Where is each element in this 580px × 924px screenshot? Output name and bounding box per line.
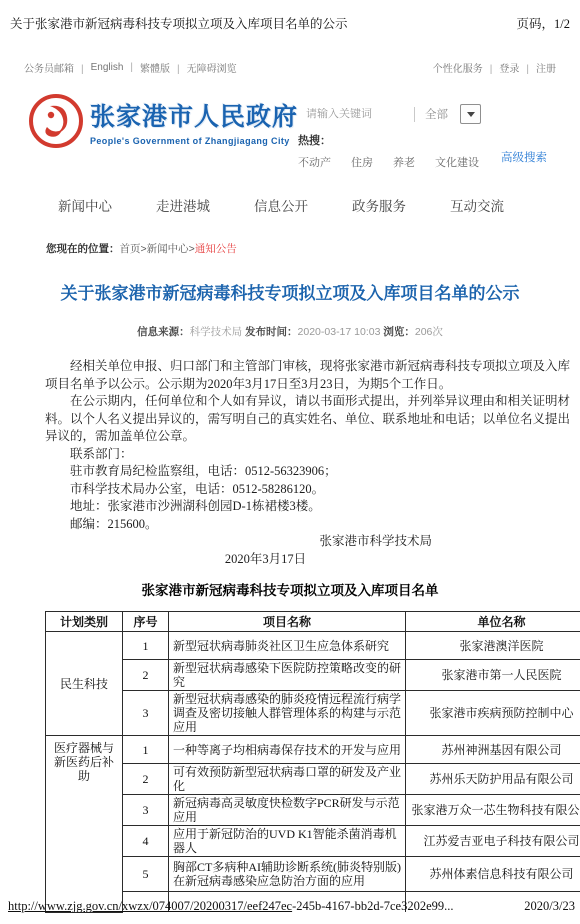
print-header: 关于张家港市新冠病毒科技专项拟立项及入库项目名单的公示 页码，1/2: [0, 0, 580, 32]
hot-link-realestate[interactable]: 不动产: [298, 154, 331, 170]
cell-category: 民生科技: [46, 632, 123, 736]
main-nav: 新闻中心 走进港城 信息公开 政务服务 互动交流: [0, 195, 580, 215]
cell-unit: 张家港市第一人民医院: [406, 660, 580, 691]
cell-unit: 苏州神洲基因有限公司: [406, 736, 580, 764]
top-toolbar: 公务员邮箱 English 繁體版 无障碍浏览 个性化服务 登录 注册: [0, 60, 580, 75]
meta-source-value: 科学技术局: [190, 326, 243, 338]
print-footer: http://www.zjg.gov.cn/xwzx/074007/202003…: [8, 899, 575, 914]
toolbar-right-links: 个性化服务 登录 注册: [433, 60, 556, 75]
table-row: 4 应用于新冠防治的UVD K1智能杀菌消毒机器人 江苏爱吉亚电子科技有限公司: [46, 826, 580, 857]
seal-icon: [28, 93, 84, 149]
advanced-search-link[interactable]: 高级搜索: [501, 149, 547, 165]
article-body: 经相关单位申报、归口部门和主管部门审核，现将张家港市新冠病毒科技专项拟立项及入库…: [45, 358, 570, 568]
cell-no: 2: [123, 764, 169, 795]
meta-time-value: 2020-03-17 10:03: [298, 326, 381, 338]
print-page-number: 页码，1/2: [517, 14, 570, 32]
header-no: 序号: [123, 612, 169, 632]
table-header-row: 计划类别 序号 项目名称 单位名称: [46, 612, 580, 632]
print-footer-url: http://www.zjg.gov.cn/xwzx/074007/202003…: [8, 899, 454, 914]
print-footer-url-tail: -245b-4167-bb2d-7ce3202e99...: [292, 899, 453, 913]
signature-date: 2020年3月17日: [45, 551, 570, 569]
cell-project: 可有效预防新型冠状病毒口罩的研发及产业化: [169, 764, 406, 795]
contact-line: 联系部门：: [45, 446, 570, 464]
chevron-down-icon: [467, 112, 475, 117]
link-register[interactable]: 注册: [536, 60, 556, 75]
link-accessibility[interactable]: 无障碍浏览: [187, 60, 237, 75]
cell-no: 3: [123, 691, 169, 736]
breadcrumb-news-center[interactable]: 新闻中心: [147, 243, 189, 255]
breadcrumb-prefix: 您现在的位置：: [46, 243, 120, 255]
nav-item-news[interactable]: 新闻中心: [58, 195, 112, 215]
article-meta: 信息来源：科学技术局 发布时间：2020-03-17 10:03 浏览：206次: [0, 324, 580, 339]
cell-no: 4: [123, 826, 169, 857]
search-divider: [414, 107, 415, 122]
link-mailbox[interactable]: 公务员邮箱: [24, 60, 91, 75]
site-name-english: People's Government of Zhangjiagang City: [90, 136, 298, 146]
category-dropdown-button[interactable]: [460, 104, 481, 124]
meta-views-label: 浏览：: [383, 326, 415, 338]
meta-time-label: 发布时间：: [245, 326, 298, 338]
link-english[interactable]: English: [91, 62, 140, 73]
site-title-block[interactable]: 张家港市人民政府 People's Government of Zhangjia…: [90, 97, 298, 146]
print-header-title: 关于张家港市新冠病毒科技专项拟立项及入库项目名单的公示: [10, 14, 348, 32]
header-unit: 单位名称: [406, 612, 580, 632]
search-category-select[interactable]: 全部: [425, 106, 448, 122]
cell-no: 1: [123, 736, 169, 764]
link-traditional[interactable]: 繁體版: [140, 60, 187, 75]
nav-item-about-city[interactable]: 走进港城: [156, 195, 210, 215]
table-row: 3 新冠病毒高灵敏度快检数字PCR研发与示范应用 张家港万众一芯生物科技有限公司: [46, 795, 580, 826]
search-block: 全部 热搜： 不动产 住房 养老 文化建设 高级搜索: [298, 103, 575, 170]
meta-views-value: 206次: [415, 326, 443, 338]
search-row: 全部: [298, 103, 575, 125]
breadcrumb: 您现在的位置：首页>新闻中心>通知公告: [0, 241, 580, 256]
table-row: 3 新型冠状病毒感染的肺炎疫情远程流行病学调查及密切接触人群管理体系的构建与示范…: [46, 691, 580, 736]
cell-unit: 张家港澳洋医院: [406, 632, 580, 660]
cell-no: 5: [123, 857, 169, 892]
cell-project: 新冠病毒高灵敏度快检数字PCR研发与示范应用: [169, 795, 406, 826]
toolbar-left-links: 公务员邮箱 English 繁體版 无障碍浏览: [24, 60, 237, 75]
cell-unit: 江苏爱吉亚电子科技有限公司: [406, 826, 580, 857]
cell-project: 应用于新冠防治的UVD K1智能杀菌消毒机器人: [169, 826, 406, 857]
nav-item-info-disclosure[interactable]: 信息公开: [254, 195, 308, 215]
article-title: 关于张家港市新冠病毒科技专项拟立项及入库项目名单的公示: [0, 282, 580, 306]
table-row: 5 胸部CT多病种AI辅助诊断系统(肺炎特别版)在新冠病毒感染应急防治方面的应用…: [46, 857, 580, 892]
link-personalized[interactable]: 个性化服务: [433, 60, 500, 75]
cell-category: 医疗器械与新医药后补助: [46, 736, 123, 913]
cell-project: 新型冠状病毒感染的肺炎疫情远程流行病学调查及密切接触人群管理体系的构建与示范应用: [169, 691, 406, 736]
project-table: 计划类别 序号 项目名称 单位名称 民生科技 1 新型冠状病毒肺炎社区卫生应急体…: [45, 611, 580, 913]
paragraph: 经相关单位申报、归口部门和主管部门审核，现将张家港市新冠病毒科技专项拟立项及入库…: [45, 358, 570, 393]
breadcrumb-home[interactable]: 首页: [120, 243, 141, 255]
print-footer-date: 2020/3/23: [524, 899, 575, 914]
masthead: 张家港市人民政府 People's Government of Zhangjia…: [0, 91, 580, 163]
paragraph: 在公示期内，任何单位和个人如有异议，请以书面形式提出，并列举异议理由和相关证明材…: [45, 393, 570, 446]
cell-no: 3: [123, 795, 169, 826]
cell-project: 一种等离子均相病毒保存技术的开发与应用: [169, 736, 406, 764]
site-name: 张家港市人民政府: [90, 97, 298, 133]
cell-project: 胸部CT多病种AI辅助诊断系统(肺炎特别版)在新冠病毒感染应急防治方面的应用: [169, 857, 406, 892]
government-seal-logo[interactable]: [28, 93, 84, 149]
hot-link-eldercare[interactable]: 养老: [393, 154, 415, 170]
cell-project: 新型冠状病毒感染下医院防控策略改变的研究: [169, 660, 406, 691]
table-row: 民生科技 1 新型冠状病毒肺炎社区卫生应急体系研究 张家港澳洋医院: [46, 632, 580, 660]
hot-link-culture[interactable]: 文化建设: [435, 154, 479, 170]
hot-link-housing[interactable]: 住房: [351, 154, 373, 170]
link-login[interactable]: 登录: [499, 60, 536, 75]
contact-line: 驻市教育局纪检监察组，电话：0512-56323906；: [45, 463, 570, 481]
contact-line: 市科学技术局办公室，电话：0512-58286120。: [45, 481, 570, 499]
breadcrumb-current-notices[interactable]: 通知公告: [195, 243, 237, 255]
nav-item-interaction[interactable]: 互动交流: [450, 195, 504, 215]
cell-unit: 苏州体素信息科技有限公司: [406, 857, 580, 892]
header-project: 项目名称: [169, 612, 406, 632]
table-row: 2 新型冠状病毒感染下医院防控策略改变的研究 张家港市第一人民医院: [46, 660, 580, 691]
print-footer-url-main: http://www.zjg.gov.cn/xwzx/074007/202003…: [8, 899, 292, 913]
contact-line: 邮编：215600。: [45, 516, 570, 534]
cell-unit: 张家港市疾病预防控制中心: [406, 691, 580, 736]
signature-org: 张家港市科学技术局: [45, 533, 570, 551]
cell-unit: 苏州乐天防护用品有限公司: [406, 764, 580, 795]
search-input[interactable]: [298, 108, 410, 120]
contact-line: 地址：张家港市沙洲湖科创园D-1栋裙楼3楼。: [45, 498, 570, 516]
hot-search-label: 热搜：: [298, 132, 575, 148]
cell-no: 1: [123, 632, 169, 660]
cell-project: 新型冠状病毒肺炎社区卫生应急体系研究: [169, 632, 406, 660]
meta-source-label: 信息来源：: [137, 326, 190, 338]
table-title: 张家港市新冠病毒科技专项拟立项及入库项目名单: [0, 581, 580, 601]
print-preview-page: 关于张家港市新冠病毒科技专项拟立项及入库项目名单的公示 页码，1/2 公务员邮箱…: [0, 0, 580, 924]
cell-no: 2: [123, 660, 169, 691]
nav-item-services[interactable]: 政务服务: [352, 195, 406, 215]
table-row: 2 可有效预防新型冠状病毒口罩的研发及产业化 苏州乐天防护用品有限公司: [46, 764, 580, 795]
header-category: 计划类别: [46, 612, 123, 632]
table-row: 医疗器械与新医药后补助 1 一种等离子均相病毒保存技术的开发与应用 苏州神洲基因…: [46, 736, 580, 764]
cell-unit: 张家港万众一芯生物科技有限公司: [406, 795, 580, 826]
